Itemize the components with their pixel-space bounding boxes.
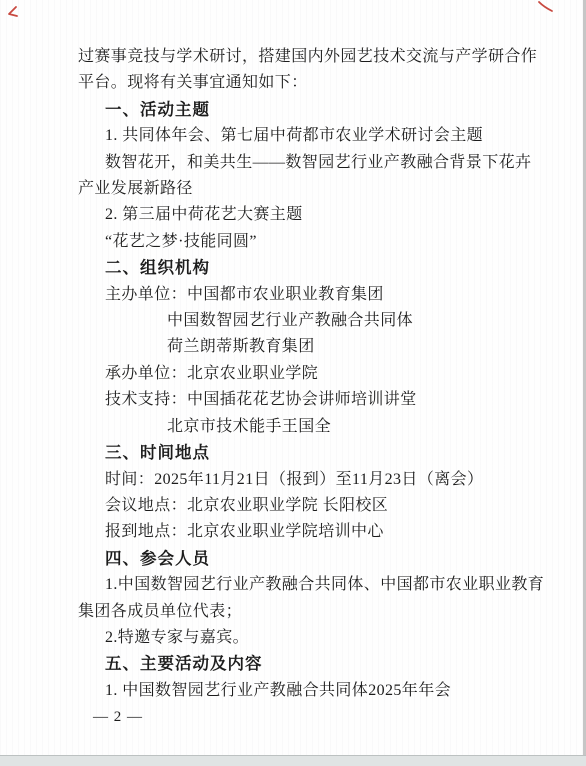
text-lines: 过赛事竞技与学术研讨，搭建国内外园艺技术交流与产学研合作平台。现将有关事宜通知如…	[78, 44, 528, 704]
scanned-document-viewport: 过赛事竞技与学术研讨，搭建国内外园艺技术交流与产学研合作平台。现将有关事宜通知如…	[0, 0, 586, 766]
page-number: — 2 —	[78, 704, 528, 730]
text-line: 北京市技术能手王国全	[78, 414, 528, 440]
section-heading: 三、时间地点	[78, 440, 528, 466]
text-line: 产业发展新路径	[78, 176, 528, 202]
text-line: 荷兰朗蒂斯教育集团	[78, 334, 528, 360]
red-pen-mark-icon	[6, 5, 20, 19]
text-line: 1.中国数智园艺行业产教融合共同体、中国都市农业职业教育	[78, 572, 528, 598]
text-line: 2.特邀专家与嘉宾。	[78, 625, 528, 651]
section-heading: 四、参会人员	[78, 546, 528, 572]
section-heading: 二、组织机构	[78, 255, 528, 281]
red-pen-mark-icon	[536, 0, 554, 14]
text-line: “花艺之梦·技能同圆”	[78, 229, 528, 255]
text-line: 1. 中国数智园艺行业产教融合共同体2025年年会	[78, 678, 528, 704]
text-line: 数智花开，和美共生——数智园艺行业产教融合背景下花卉	[78, 150, 528, 176]
text-line: 主办单位：中国都市农业职业教育集团	[78, 282, 528, 308]
text-line: 平台。现将有关事宜通知如下：	[78, 70, 528, 96]
text-line: 技术支持：中国插花花艺协会讲师培训讲堂	[78, 387, 528, 413]
text-line: 承办单位：北京农业职业学院	[78, 361, 528, 387]
text-line: 会议地点：北京农业职业学院 长阳校区	[78, 493, 528, 519]
scanner-bed-background	[0, 755, 586, 766]
text-line: 集团各成员单位代表；	[78, 599, 528, 625]
section-heading: 五、主要活动及内容	[78, 651, 528, 677]
document-body: 过赛事竞技与学术研讨，搭建国内外园艺技术交流与产学研合作平台。现将有关事宜通知如…	[78, 44, 528, 731]
text-line: 报到地点：北京农业职业学院培训中心	[78, 519, 528, 545]
text-line: 过赛事竞技与学术研讨，搭建国内外园艺技术交流与产学研合作	[78, 44, 528, 70]
text-line: 时间：2025年11月21日（报到）至11月23日（离会）	[78, 467, 528, 493]
section-heading: 一、活动主题	[78, 97, 528, 123]
text-line: 中国数智园艺行业产教融合共同体	[78, 308, 528, 334]
text-line: 1. 共同体年会、第七届中荷都市农业学术研讨会主题	[78, 123, 528, 149]
document-page: 过赛事竞技与学术研讨，搭建国内外园艺技术交流与产学研合作平台。现将有关事宜通知如…	[0, 0, 583, 755]
text-line: 2. 第三届中荷花艺大赛主题	[78, 202, 528, 228]
